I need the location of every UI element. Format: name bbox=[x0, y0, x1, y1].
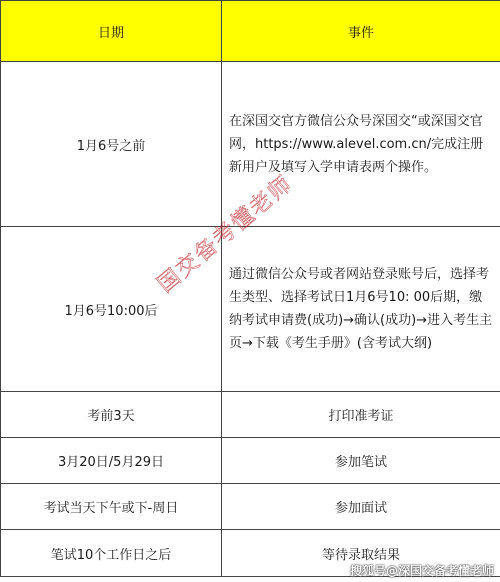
table-row: 3月20日/5月29日 参加笔试 bbox=[1, 438, 500, 484]
header-event: 事件 bbox=[222, 1, 500, 62]
row-date: 考试当天下午或下-周日 bbox=[1, 484, 222, 530]
row-event: 在深国交官方微信公众号深国交“或深国交官网，https://www.alevel… bbox=[222, 62, 500, 227]
row-date: 1月6号之前 bbox=[1, 62, 222, 227]
row-event: 等待录取结果 bbox=[222, 530, 500, 577]
row-event: 通过微信公众号或者网站登录账号后，选择考生类型、选择考试日1月6号10: 00后… bbox=[222, 227, 500, 392]
row-date: 考前3天 bbox=[1, 392, 222, 438]
table-header-row: 日期 事件 bbox=[1, 1, 500, 62]
row-date: 3月20日/5月29日 bbox=[1, 438, 222, 484]
table-row: 考试当天下午或下-周日 参加面试 bbox=[1, 484, 500, 530]
table-row: 笔试10个工作日之后 等待录取结果 bbox=[1, 530, 500, 577]
table-row: 1月6号之前 在深国交官方微信公众号深国交“或深国交官网，https://www… bbox=[1, 62, 500, 227]
table-row: 考前3天 打印准考证 bbox=[1, 392, 500, 438]
header-date: 日期 bbox=[1, 1, 222, 62]
schedule-table: 日期 事件 1月6号之前 在深国交官方微信公众号深国交“或深国交官网，https… bbox=[0, 0, 500, 577]
row-date: 1月6号10:00后 bbox=[1, 227, 222, 392]
table-row: 1月6号10:00后 通过微信公众号或者网站登录账号后，选择考生类型、选择考试日… bbox=[1, 227, 500, 392]
row-date: 笔试10个工作日之后 bbox=[1, 530, 222, 577]
row-event: 参加笔试 bbox=[222, 438, 500, 484]
row-event: 打印准考证 bbox=[222, 392, 500, 438]
row-event: 参加面试 bbox=[222, 484, 500, 530]
